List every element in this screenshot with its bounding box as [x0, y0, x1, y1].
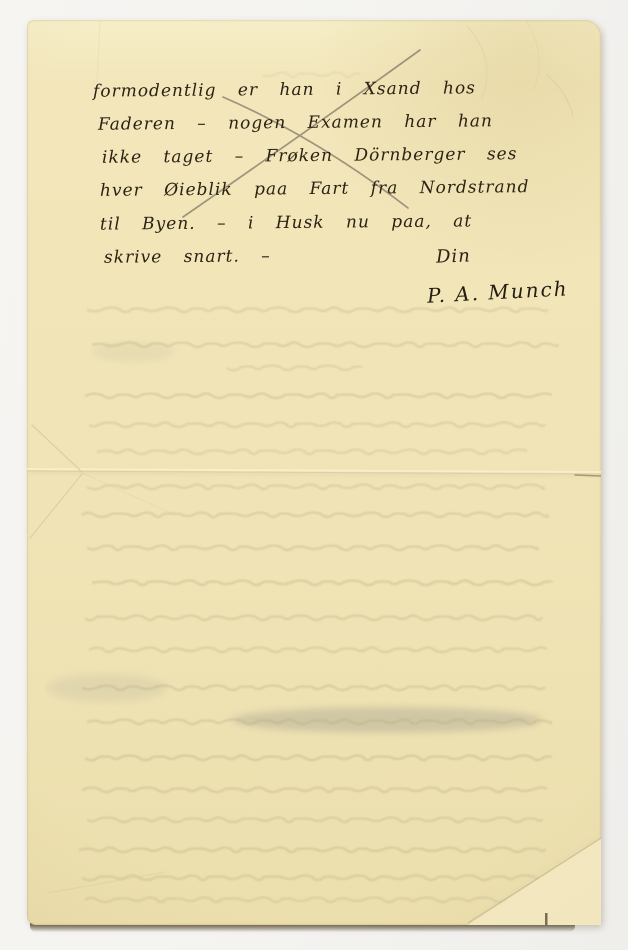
letter-line: skrive snart. – — [104, 246, 271, 267]
letter-line: Faderen – nogen Examen har han — [98, 111, 493, 134]
scanned-letter-page: formodentlig er han i Xsand hos Faderen … — [0, 0, 628, 950]
signature: P. A. Munch — [426, 276, 569, 307]
letter-paper: formodentlig er han i Xsand hos Faderen … — [27, 20, 601, 925]
letter-line: formodentlig er han i Xsand hos — [93, 78, 476, 101]
valediction: Din — [436, 245, 471, 267]
letter-line: ikke taget – Frøken Dörnberger ses — [102, 144, 518, 168]
letter-line: til Byen. – i Husk nu paa, at — [100, 211, 472, 234]
handwritten-text: formodentlig er han i Xsand hos Faderen … — [27, 20, 601, 925]
letter-line: hver Øieblik paa Fart fra Nordstrand — [100, 177, 530, 201]
